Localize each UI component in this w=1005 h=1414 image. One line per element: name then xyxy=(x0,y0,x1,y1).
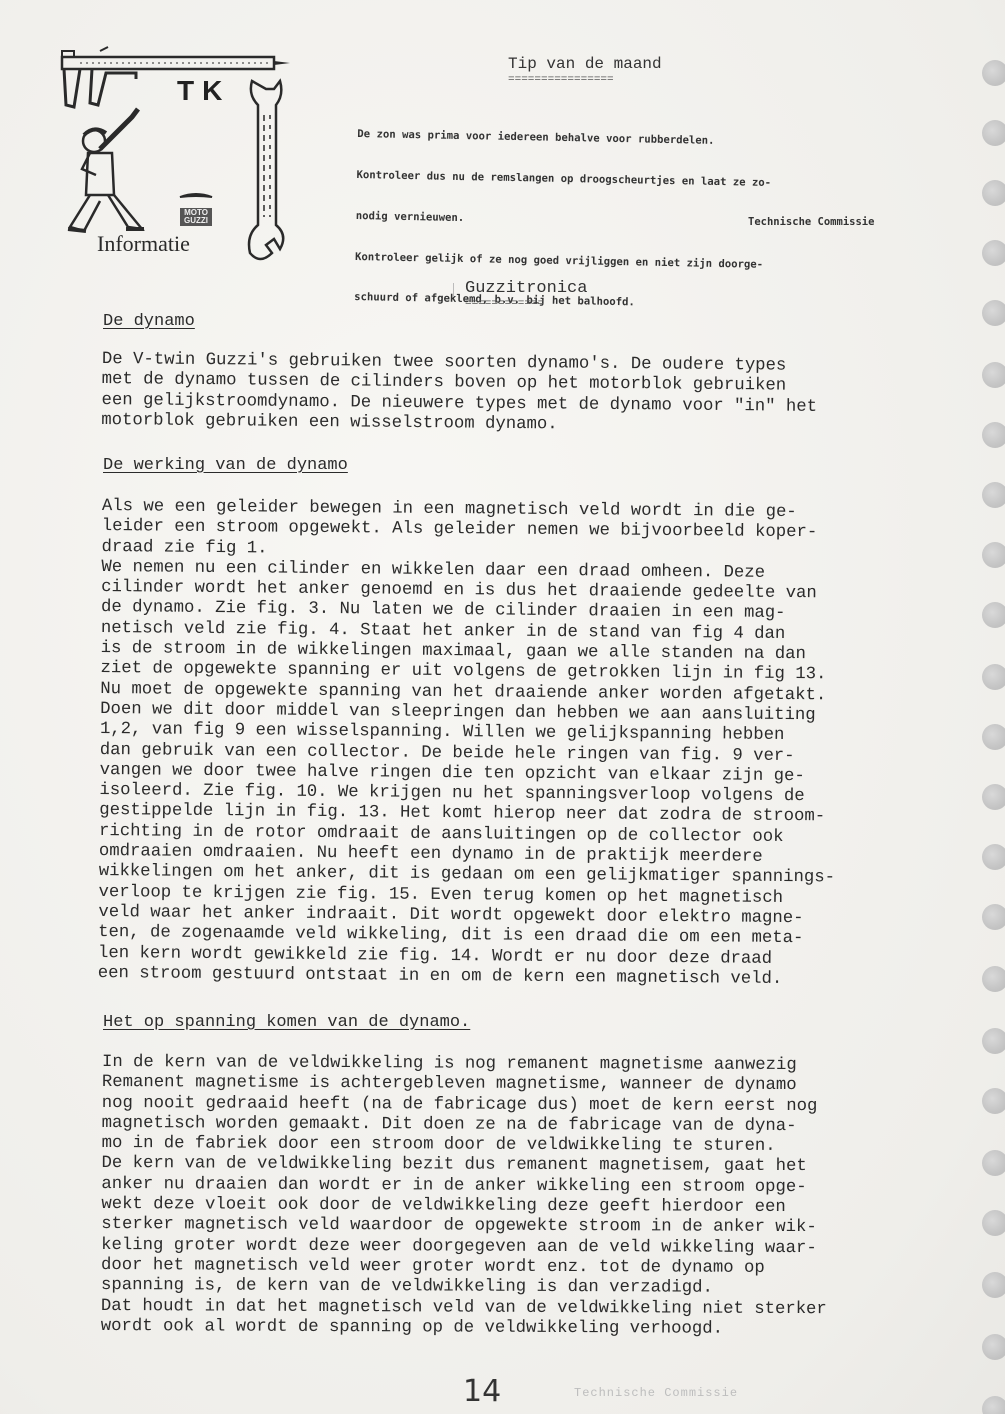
section-heading-werking: De werking van de dynamo xyxy=(103,456,348,475)
tip-line: De zon was prima voor iedereen behalve v… xyxy=(357,128,957,153)
tip-line: schuurd of afgeklemd, b.v. bij het balho… xyxy=(354,291,954,316)
binder-hole xyxy=(982,966,1005,992)
binder-hole xyxy=(982,904,1005,930)
binder-hole xyxy=(982,1088,1005,1114)
mechanic-figure-icon xyxy=(68,109,144,231)
footer-text: Technische Commissie xyxy=(574,1386,738,1400)
tk-logo: TK MOTO GUZZI Informatie xyxy=(40,45,300,270)
binder-hole xyxy=(982,482,1005,508)
binder-hole xyxy=(982,1396,1005,1414)
binder-hole xyxy=(982,422,1005,448)
column-mark xyxy=(453,283,454,297)
article-title: Guzzitronica xyxy=(465,279,587,298)
binder-hole xyxy=(982,664,1005,690)
binder-hole xyxy=(982,240,1005,266)
section-heading-op-spanning: Het op spanning komen van de dynamo. xyxy=(103,1013,470,1032)
binder-hole xyxy=(982,1210,1005,1236)
binder-hole xyxy=(982,120,1005,146)
binder-hole xyxy=(982,844,1005,870)
tip-line: Kontroleer dus nu de remslangen op droog… xyxy=(356,169,956,194)
tip-title-rule: ================ xyxy=(508,74,614,86)
page-number: 14 xyxy=(463,1374,501,1409)
document-page: TK MOTO GUZZI Informatie Tip van de maan… xyxy=(0,0,1005,1414)
logo-initials: TK xyxy=(177,75,230,107)
wrench-icon xyxy=(249,81,283,259)
binder-hole xyxy=(982,784,1005,810)
binder-hole xyxy=(982,1150,1005,1176)
binder-hole xyxy=(982,300,1005,326)
binder-hole xyxy=(982,1334,1005,1360)
binder-hole xyxy=(982,60,1005,86)
badge-line: GUZZI xyxy=(180,217,212,225)
logo-caption: Informatie xyxy=(97,231,190,257)
binder-hole xyxy=(982,542,1005,568)
tip-signature: Technische Commissie xyxy=(748,216,874,228)
binder-hole xyxy=(982,602,1005,628)
text-line: wordt ook al wordt de spanning op de vel… xyxy=(101,1317,971,1341)
tip-line: Kontroleer gelijk of ze nog goed vrijlig… xyxy=(355,251,955,276)
section-heading-de-dynamo: De dynamo xyxy=(103,312,195,331)
binder-hole xyxy=(982,180,1005,206)
moto-guzzi-eagle-icon xyxy=(180,194,212,197)
tip-title: Tip van de maand xyxy=(508,55,662,73)
binder-hole xyxy=(982,362,1005,388)
section-body-op-spanning: In de kern van de veldwikkeling is nog r… xyxy=(101,1053,972,1341)
binder-hole xyxy=(982,1028,1005,1054)
binder-hole xyxy=(982,724,1005,750)
article-title-rule: ============ xyxy=(465,298,544,310)
section-body-de-dynamo: De V-twin Guzzi's gebruiken twee soorten… xyxy=(101,350,972,440)
moto-guzzi-badge: MOTO GUZZI xyxy=(180,208,212,226)
binder-hole xyxy=(982,1272,1005,1298)
section-body-werking: Als we een geleider bewegen in een magne… xyxy=(98,497,972,992)
